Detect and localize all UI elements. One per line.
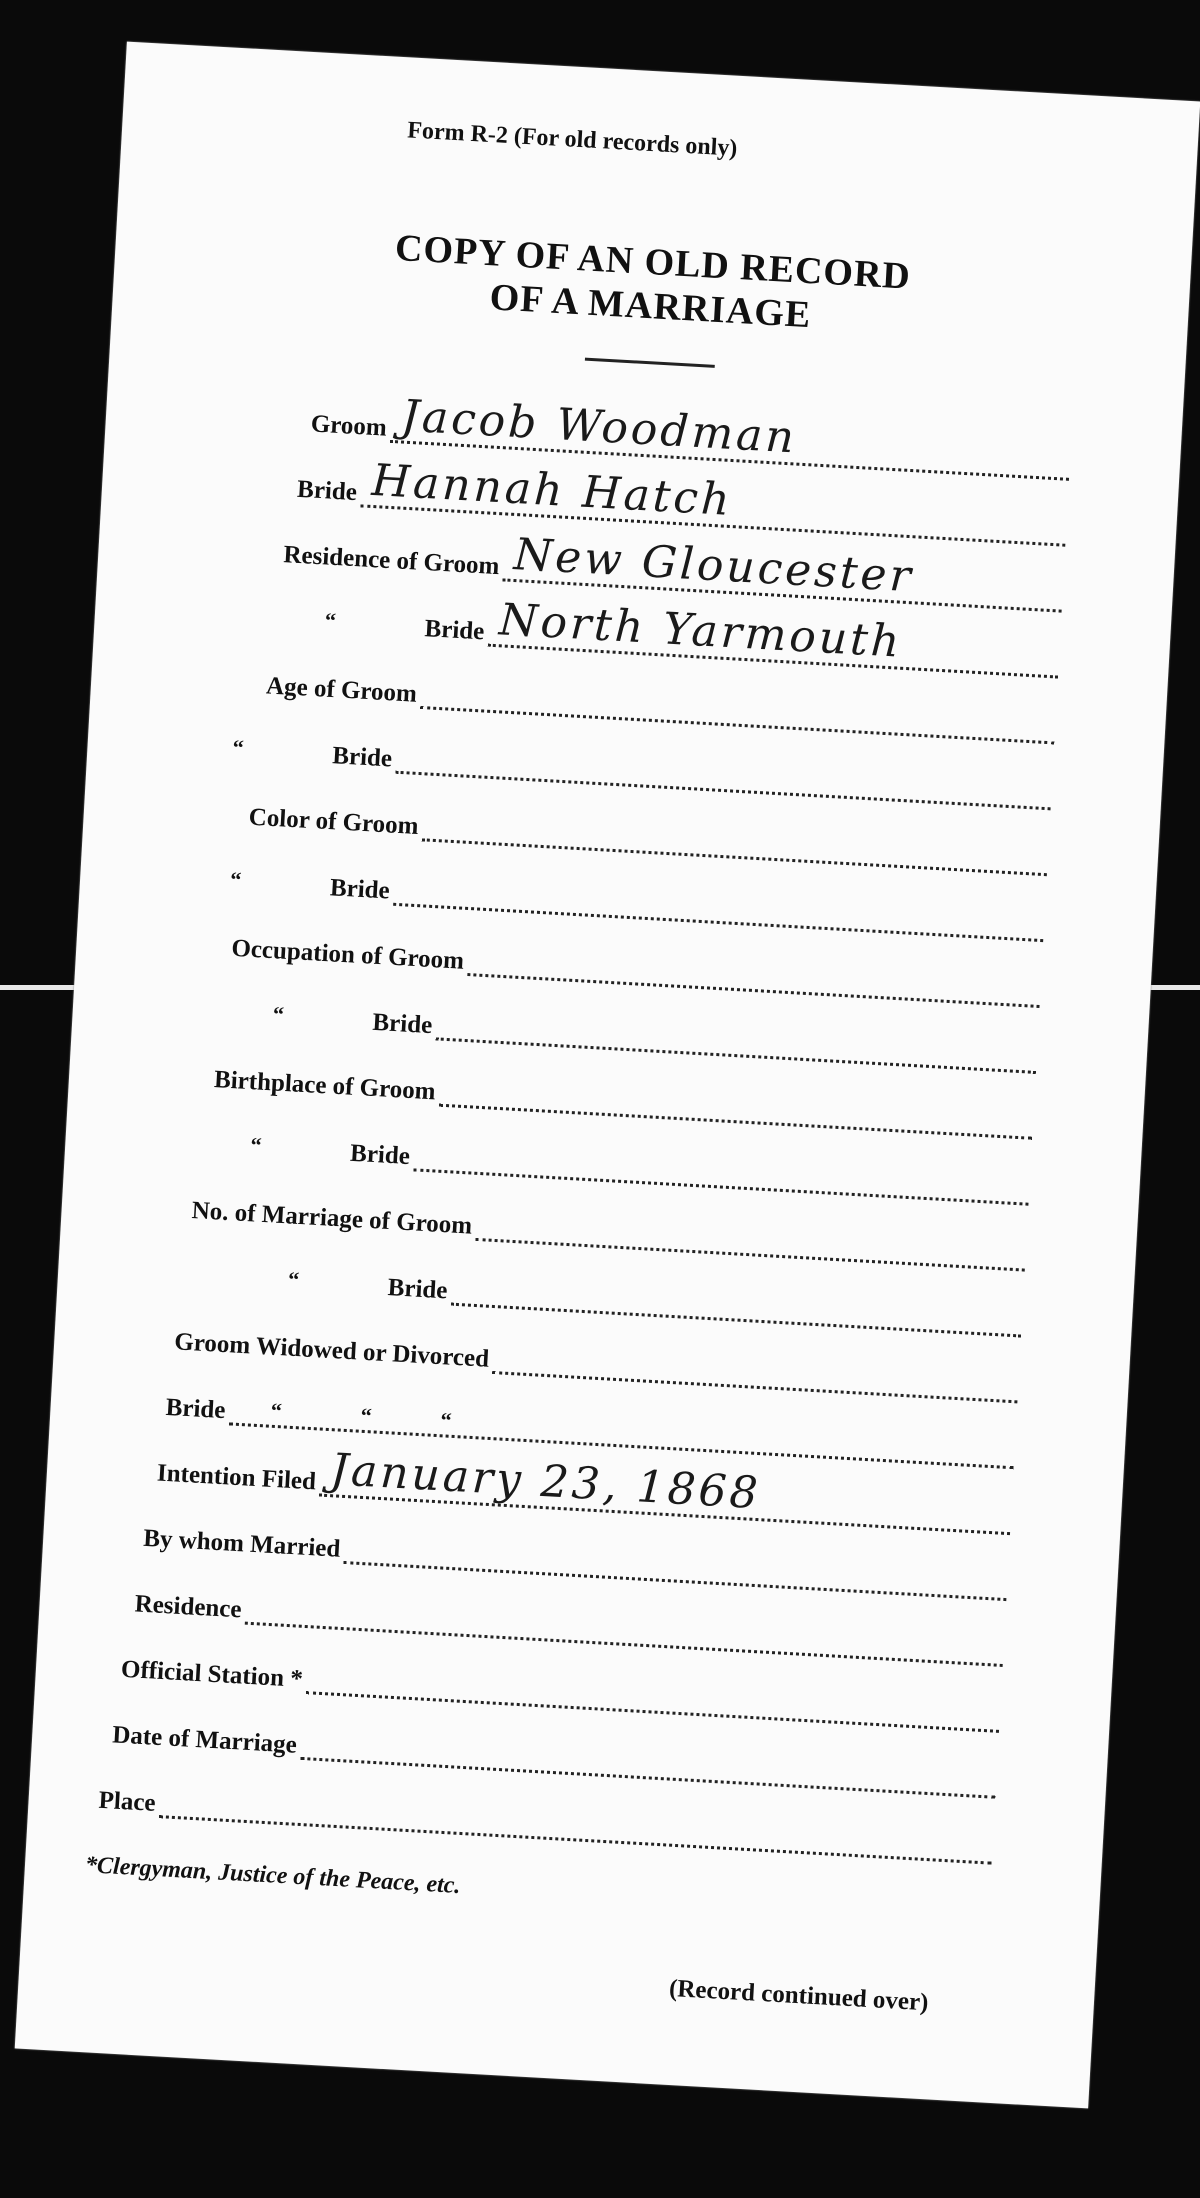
field-line [395, 771, 1050, 811]
field-label: Date of Marriage [112, 1721, 298, 1759]
field-label: Bride [387, 1274, 448, 1305]
field-label: No. of Marriage of Groom [191, 1197, 473, 1241]
handwritten-value: Jacob Woodman [400, 391, 798, 464]
field-label: Intention Filed [156, 1459, 316, 1496]
field-line [159, 1815, 992, 1865]
document-title: COPY OF AN OLD RECORD OF A MARRIAGE [113, 211, 1191, 358]
field-label: Groom [310, 410, 387, 442]
field-label: Bride [296, 476, 357, 507]
field-label: Age of Groom [265, 672, 417, 708]
field-line [451, 1303, 1021, 1338]
field-label: Residence of Groom [283, 541, 500, 581]
ditto-mark: “ [324, 608, 336, 635]
field-line [306, 1691, 999, 1733]
field-label: Place [98, 1787, 156, 1818]
field-line [343, 1561, 1006, 1601]
field-label: Occupation of Groom [231, 935, 465, 976]
ditto-mark: “ [232, 735, 244, 762]
ditto-mark: “ [250, 1132, 262, 1159]
ditto-mark: “ [440, 1407, 452, 1434]
ditto-mark: “ [360, 1403, 372, 1430]
ditto-mark: “ [287, 1267, 299, 1294]
ditto-mark: “ [270, 1398, 282, 1425]
handwritten-value: Hannah Hatch [370, 455, 733, 526]
field-line [413, 1168, 1028, 1205]
field-label: Groom Widowed or Divorced [174, 1328, 490, 1374]
marriage-record-card: Form R-2 (For old records only) COPY OF … [15, 42, 1200, 2109]
title-divider [585, 358, 715, 368]
form-id: Form R-2 (For old records only) [407, 117, 738, 162]
footnote: *Clergyman, Justice of the Peace, etc. [84, 1852, 461, 1900]
field-label: Official Station * [120, 1656, 303, 1694]
field-label: Bride [332, 742, 393, 773]
field-label: Bride [349, 1140, 410, 1171]
form-fields: GroomJacob WoodmanBrideHannah HatchResid… [127, 42, 1200, 102]
field-line [300, 1757, 995, 1799]
field-line [420, 706, 1054, 744]
field-label: Residence [134, 1590, 242, 1624]
field-line [393, 903, 1043, 942]
field-line [476, 1238, 1025, 1272]
ditto-mark: “ [230, 867, 242, 894]
field-line [439, 1104, 1032, 1140]
field-label: Bride [372, 1009, 433, 1040]
field-label: Color of Groom [248, 804, 419, 841]
field-line [436, 1037, 1036, 1074]
field-label: Bride [329, 874, 390, 905]
field-label: Bride [165, 1394, 226, 1425]
field-label: Birthplace of Groom [213, 1066, 436, 1106]
field-line [492, 1371, 1017, 1403]
ditto-mark: “ [272, 1001, 284, 1028]
field-line [467, 973, 1039, 1008]
continued-note: (Record continued over) [668, 1975, 929, 2017]
field-line [422, 838, 1047, 876]
field-label: By whom Married [143, 1525, 341, 1564]
field-label: Bride [424, 615, 485, 646]
